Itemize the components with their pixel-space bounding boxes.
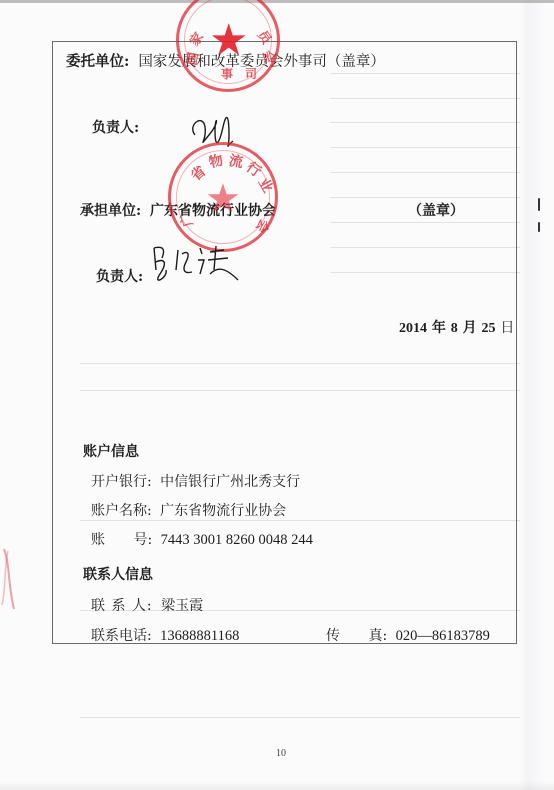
contact-fax-label-b: 真: [368, 628, 387, 644]
contact-phone-row: 联系电话: 13688881168 [91, 625, 239, 645]
contact-person-label: 联 系 人: [91, 598, 153, 614]
bank-value: 中信银行广州北秀支行 [160, 474, 300, 490]
account-number-value: 7443 3001 8260 0048 244 [161, 532, 313, 548]
account-number-label-b: 号: [133, 532, 152, 548]
contact-fax-row: 传 真: 020—86183789 [326, 625, 490, 645]
date-day: 25 [482, 321, 496, 336]
client-responsible-label: 负责人: [92, 117, 139, 137]
account-name-row: 账户名称: 广东省物流行业协会 [91, 500, 286, 520]
account-name-label: 账户名称: [91, 503, 152, 519]
account-name-value: 广东省物流行业协会 [160, 503, 286, 519]
signing-date: 2014 年 8 月 25 日 [399, 317, 514, 337]
binding-mark [538, 198, 540, 211]
bank-label: 开户银行: [91, 474, 152, 490]
account-number-row: 账 号: 7443 3001 8260 0048 244 [91, 529, 313, 549]
client-label: 委托单位: [66, 53, 129, 70]
contact-info-heading: 联系人信息 [83, 564, 153, 584]
page-number: 10 [276, 748, 286, 759]
date-year-unit: 年 [432, 320, 446, 336]
date-day-unit: 日 [500, 320, 514, 336]
contractor-responsible-label: 负责人: [96, 266, 143, 286]
bank-row: 开户银行: 中信银行广州北秀支行 [91, 471, 300, 491]
contact-fax-value: 020—86183789 [396, 628, 490, 644]
contact-person-value: 梁玉霞 [161, 598, 203, 614]
contractor-label: 承担单位: [80, 203, 141, 219]
account-info-heading: 账户信息 [83, 441, 139, 461]
contractor-seal-note: （盖章） [408, 200, 464, 220]
contractor-official-stamp: ★ 省 物 流 行 业 会 广 [168, 142, 278, 252]
contact-phone-value: 13688881168 [160, 628, 239, 644]
stamp-star-icon: ★ [205, 179, 241, 219]
date-year: 2014 [399, 321, 427, 336]
date-month-unit: 月 [463, 320, 477, 336]
binding-mark [538, 222, 540, 232]
contact-fax-label-a: 传 [326, 628, 340, 644]
stamp-smear [0, 545, 20, 615]
contractor-signature [148, 240, 243, 285]
scan-top-edge [0, 0, 554, 3]
account-number-label-a: 账 [91, 532, 105, 548]
stamp-star-icon: ★ [209, 19, 248, 63]
contact-phone-label: 联系电话: [91, 628, 152, 644]
date-month: 8 [451, 321, 458, 336]
contact-person-row: 联 系 人: 梁玉霞 [91, 595, 203, 615]
